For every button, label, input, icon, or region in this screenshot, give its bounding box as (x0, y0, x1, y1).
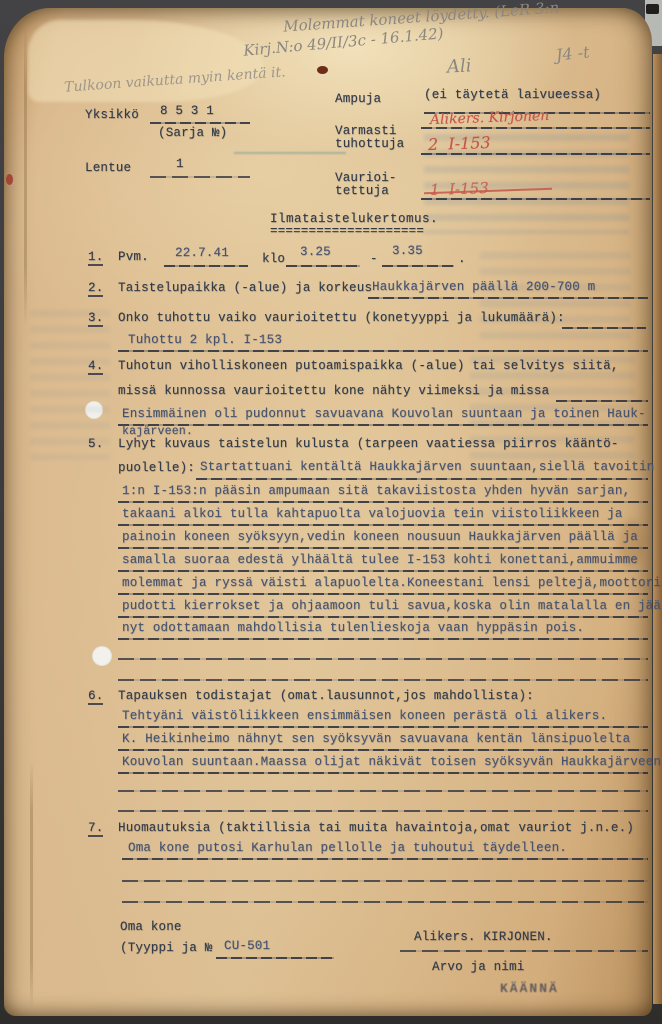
item5-label-line2: puolelle): (118, 461, 195, 475)
page-stack-edge (653, 54, 662, 1004)
field-line (122, 858, 648, 860)
varmasti-label-2: tuhottuja (335, 137, 404, 151)
lentue-label: Lentue (85, 161, 131, 175)
fold-crease (24, 26, 27, 326)
item1-dash: - (370, 252, 378, 266)
field-line (164, 265, 248, 267)
field-line (118, 570, 648, 572)
item5-answer-line3: painoin koneen syöksyyn,vedin koneen nou… (122, 530, 638, 544)
oma-kone-label: Oma kone (120, 920, 182, 934)
blank-line (118, 810, 648, 812)
bleed-through-line (234, 152, 346, 154)
field-line (118, 547, 648, 549)
item7-number: 7. (88, 821, 103, 837)
field-line (216, 957, 334, 959)
item3-value: Tuhottu 2 kpl. I-153 (128, 333, 282, 347)
blank-line (122, 901, 648, 903)
sarja-label: (Sarja №) (158, 126, 227, 140)
item1-time1-value: 3.25 (300, 245, 331, 259)
item6-answer-line3: Kouvolan suuntaan.Maassa olijat näkivät … (122, 755, 662, 769)
field-line (150, 122, 250, 124)
item5-answer-line1: 1:n I-153:n pääsin ampumaan sitä takavii… (122, 484, 630, 498)
item5-answer-line6: pudotti kierrokset ja ohjaamoon tuli sav… (122, 599, 662, 613)
item5-label-line1: Lyhyt kuvaus taistelun kulusta (tarpeen … (118, 437, 619, 451)
blank-line (118, 790, 648, 792)
item3-label: Onko tuhottu vaiko vaurioitettu (konetyy… (118, 311, 565, 325)
scanned-combat-report: Molemmat koneet löydetty. (LeR 3:n Kirj.… (0, 0, 662, 1024)
item6-number: 6. (88, 689, 103, 705)
item1-period: . (458, 252, 466, 266)
blank-line (118, 679, 648, 681)
item5-answer-line4: samalla suoraa edestä ylhäältä tulee I-1… (122, 553, 638, 567)
item1-label: Pvm. (118, 250, 149, 264)
field-line (118, 524, 648, 526)
field-line (421, 153, 650, 155)
blank-line (118, 658, 648, 660)
item3-number: 3. (88, 311, 103, 327)
field-line (382, 265, 454, 267)
item7-label: Huomautuksia (taktillisia tai muita hava… (118, 821, 634, 835)
field-line (196, 478, 648, 480)
ink-stain (6, 174, 13, 185)
yksikko-label: Yksikkö (85, 108, 139, 122)
varmasti-label-1: Varmasti (335, 124, 397, 138)
field-line (286, 265, 360, 267)
fold-crease (30, 760, 33, 1010)
form-title-underline: ==================== (270, 224, 424, 238)
varmasti-value-handwritten: 2 I-153 (428, 133, 491, 154)
handwritten-initials: J4 -t (555, 42, 590, 64)
field-line (118, 749, 648, 751)
field-line (118, 350, 648, 352)
vaurio-label-1: Vaurioi- (335, 171, 397, 185)
vaurio-label-2: tettuja (335, 184, 389, 198)
vaurio-value-handwritten-struck: 1 I-153 (430, 179, 489, 199)
signature-typed: Alikers. KIRJONEN. (414, 930, 553, 944)
blank-line (122, 880, 648, 882)
item6-answer-line1: Tehtyäni väistöliikkeen ensimmäisen kone… (122, 709, 607, 723)
item2-number: 2. (88, 281, 103, 297)
tyyppi-value: CU-501 (224, 939, 270, 953)
field-line (118, 772, 648, 774)
ink-stain (317, 66, 328, 74)
item6-answer-line2: K. Heikinheimo nähnyt sen syöksyvän savu… (122, 732, 630, 746)
field-line (118, 424, 648, 426)
field-line (118, 726, 648, 728)
item2-label: Taistelupaikka (-alue) ja korkeus (118, 281, 372, 295)
field-line (118, 501, 648, 503)
tyyppi-label: (Tyyppi ja № (120, 941, 212, 955)
field-line (368, 297, 648, 299)
field-line (118, 638, 648, 640)
kaanna-stamp: KÄÄNNÄ (500, 981, 559, 996)
item6-label: Tapauksen todistajat (omat.lausunnot,jos… (118, 689, 534, 703)
item1-time2-value: 3.35 (392, 244, 423, 258)
item1-date-value: 22.7.41 (175, 246, 229, 260)
field-line (556, 400, 648, 402)
item7-answer: Oma kone putosi Karhulan pellolle ja tuh… (128, 841, 567, 855)
item4-label-line1: Tuhotun viholliskoneen putoamispaikka (-… (118, 359, 619, 373)
item1-number: 1. (88, 250, 103, 266)
field-line (421, 127, 650, 129)
field-line (421, 198, 650, 200)
field-line (118, 616, 648, 618)
item4-answer-line1: Ensimmäinen oli pudonnut savuavana Kouvo… (122, 407, 646, 421)
handwritten-signature-ali: Ali (446, 55, 472, 77)
item4-label-line2: missä kunnossa vaurioitettu kone nähty v… (118, 384, 549, 398)
yksikko-value: 8 5 3 1 (160, 104, 214, 118)
item5-answer-line2: takaani alkoi tulla kahtapuolta valojuov… (122, 507, 623, 521)
punch-hole (92, 646, 112, 666)
field-line (562, 327, 646, 329)
field-line (150, 176, 250, 178)
dark-speck (646, 4, 659, 14)
item4-number: 4. (88, 359, 103, 375)
item5-answer-line0: Startattuani kentältä Haukkajärven suunt… (200, 460, 654, 474)
field-line (118, 593, 648, 595)
item5-answer-line7: nyt odottamaan mahdollisia tulenlieskoja… (122, 621, 584, 635)
item1-klo-label: klo (262, 252, 285, 266)
item2-value: Haukkajärven päällä 200-700 m (372, 280, 595, 294)
lentue-value: 1 (176, 157, 184, 171)
ampuja-note: (ei täytetä laivueessa) (424, 88, 601, 102)
item5-number: 5. (88, 437, 103, 451)
item5-answer-line5: molemmat ja ryssä väisti alapuolelta.Kon… (122, 576, 661, 590)
ampuja-label: Ampuja (335, 92, 381, 106)
arvo-ja-nimi-label: Arvo ja nimi (432, 960, 524, 974)
signature-line (400, 950, 648, 952)
